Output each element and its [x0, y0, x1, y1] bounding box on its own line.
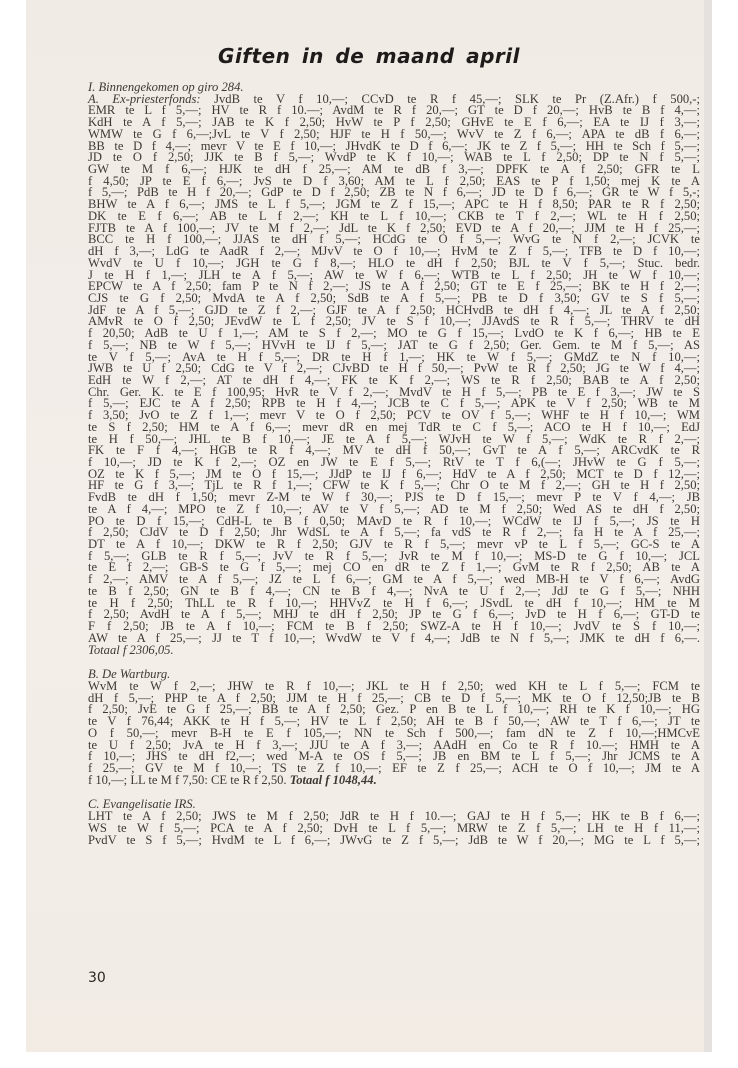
section-a-total: Totaal f 2306,05.	[88, 645, 700, 657]
donation-line: AW te A f 25,—; JJ te T f 10,—; WvdW te …	[88, 633, 700, 645]
page-number: 30	[88, 970, 106, 986]
section-b-last-text: f 10,—; LL te M f 7,50: CE te R f 2,50.	[88, 773, 287, 787]
donation-line: PvdV te S f 5,—; HvdM te L f 6,—; JWvG t…	[88, 835, 700, 847]
spacer	[88, 656, 700, 669]
page-edge	[704, 0, 712, 1052]
section-b-de-wartburg: WvM te W f 2,—; JHW te R f 10,—; JKL te …	[88, 681, 700, 775]
donations-list: I. Binnengekomen op giro 284. A. Ex-prie…	[88, 82, 700, 846]
page-title: Giften in de maand april	[0, 44, 738, 68]
section-b-total: Totaal f 1048,44.	[290, 773, 377, 787]
section-b-last-line: f 10,—; LL te M f 7,50: CE te R f 2,50. …	[88, 775, 700, 787]
section-a-ex-priesterfonds: A. Ex-priesterfonds: JvdB te V f 10,—; C…	[88, 94, 700, 645]
section-c-evangelisatie: LHT te A f 2,50; JWS te M f 2,50; JdR te…	[88, 811, 700, 846]
